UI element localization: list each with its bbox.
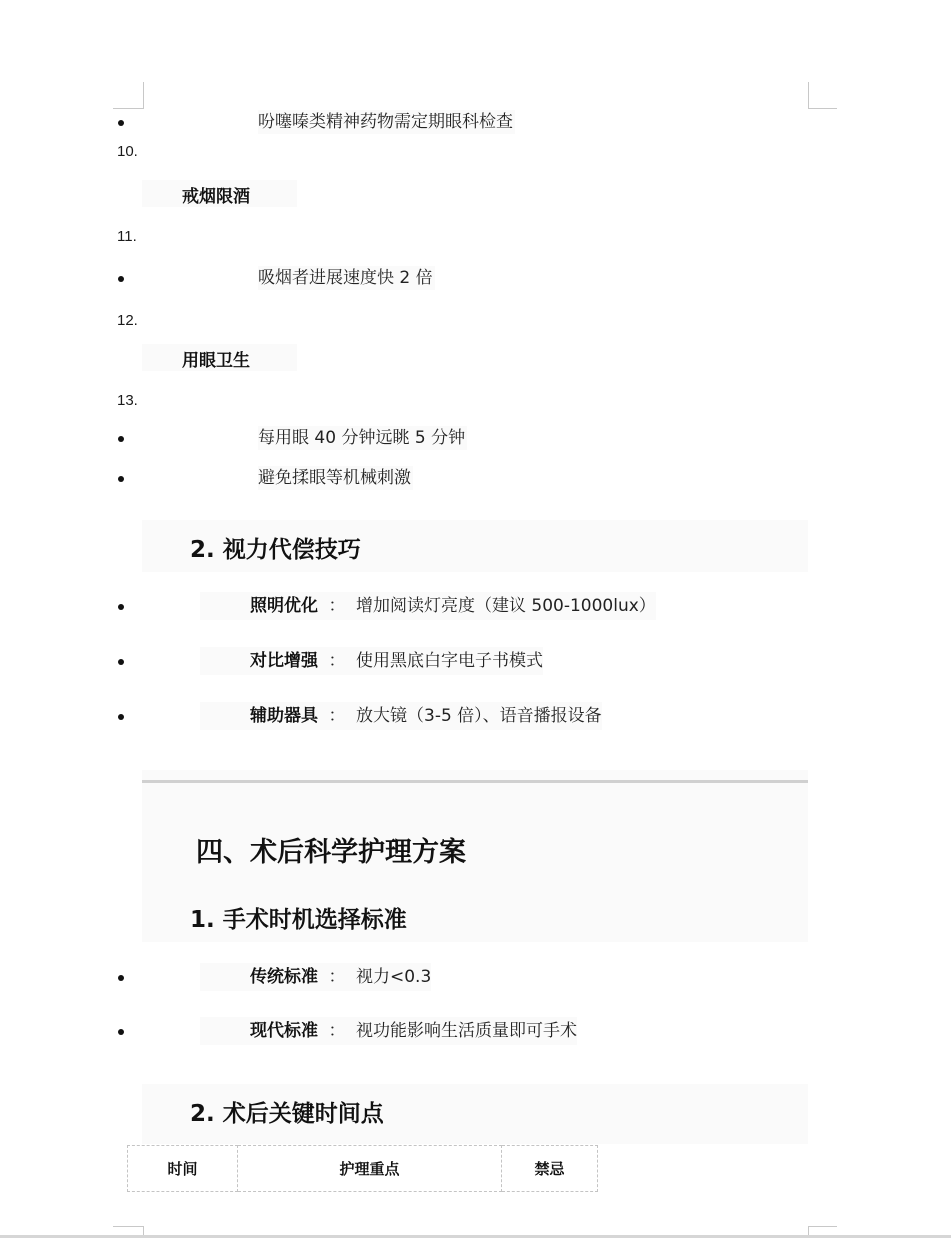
row-key: 传统标准 — [200, 963, 318, 991]
row-separator: ： — [318, 1017, 356, 1045]
row-key: 辅助器具 — [200, 702, 318, 730]
bullet-icon — [118, 276, 124, 282]
subsection-heading: 1. 手术时机选择标准 — [190, 901, 407, 934]
bullet-icon — [118, 975, 124, 981]
horizontal-rule — [142, 780, 808, 783]
row-value: 视力<0.3 — [356, 963, 431, 991]
bold-label-block: 戒烟限酒 — [142, 180, 297, 207]
list-number: 11. — [117, 228, 137, 245]
table-header-contraindications: 禁忌 — [502, 1146, 598, 1192]
list-item: 避免揉眼等机械刺激 — [258, 466, 413, 490]
section-title: 四、术后科学护理方案 — [196, 830, 466, 869]
bullet-icon — [118, 476, 124, 482]
key-value-row: 现代标准：视功能影响生活质量即可手术 — [200, 1017, 577, 1045]
key-value-row: 照明优化：增加阅读灯亮度（建议 500-1000lux） — [200, 592, 656, 620]
list-number: 10. — [117, 143, 138, 160]
document-page: 吩噻嗪类精神药物需定期眼科检查 10. 戒烟限酒 11. 吸烟者进展速度快 2 … — [0, 0, 951, 1236]
bullet-icon — [118, 1029, 124, 1035]
page-corner-mark-top-right — [808, 82, 837, 109]
key-value-row: 传统标准：视力<0.3 — [200, 963, 431, 991]
row-key: 现代标准 — [200, 1017, 318, 1045]
key-value-row: 辅助器具：放大镜（3-5 倍）、语音播报设备 — [200, 702, 602, 730]
row-separator: ： — [318, 702, 356, 730]
bullet-icon — [118, 659, 124, 665]
list-number: 13. — [117, 392, 138, 409]
table-header-care-focus: 护理重点 — [238, 1146, 502, 1192]
row-separator: ： — [318, 647, 356, 675]
row-separator: ： — [318, 963, 356, 991]
page-corner-mark-top-left — [113, 82, 144, 109]
bold-label-block: 用眼卫生 — [142, 344, 297, 371]
bullet-icon — [118, 436, 124, 442]
row-value: 放大镜（3-5 倍）、语音播报设备 — [356, 702, 602, 730]
list-item: 吸烟者进展速度快 2 倍 — [258, 266, 435, 290]
bold-label: 戒烟限酒 — [182, 182, 250, 207]
list-item: 吩噻嗪类精神药物需定期眼科检查 — [258, 110, 515, 134]
row-separator: ： — [318, 592, 356, 620]
postop-timeline-table: 时间 护理重点 禁忌 — [127, 1145, 598, 1192]
list-item: 每用眼 40 分钟远眺 5 分钟 — [258, 426, 467, 450]
row-key: 对比增强 — [200, 647, 318, 675]
subsection-heading: 2. 术后关键时间点 — [190, 1095, 384, 1128]
table-header-row: 时间 护理重点 禁忌 — [128, 1146, 598, 1192]
key-value-row: 对比增强：使用黑底白字电子书模式 — [200, 647, 543, 675]
row-key: 照明优化 — [200, 592, 318, 620]
bold-label: 用眼卫生 — [182, 346, 250, 371]
row-value: 视功能影响生活质量即可手术 — [356, 1017, 577, 1045]
table-header-time: 时间 — [128, 1146, 238, 1192]
bullet-icon — [118, 120, 124, 126]
row-value: 增加阅读灯亮度（建议 500-1000lux） — [356, 592, 656, 620]
list-number: 12. — [117, 312, 138, 329]
row-value: 使用黑底白字电子书模式 — [356, 647, 543, 675]
section-heading: 2. 视力代偿技巧 — [190, 531, 361, 564]
bullet-icon — [118, 604, 124, 610]
bullet-icon — [118, 714, 124, 720]
